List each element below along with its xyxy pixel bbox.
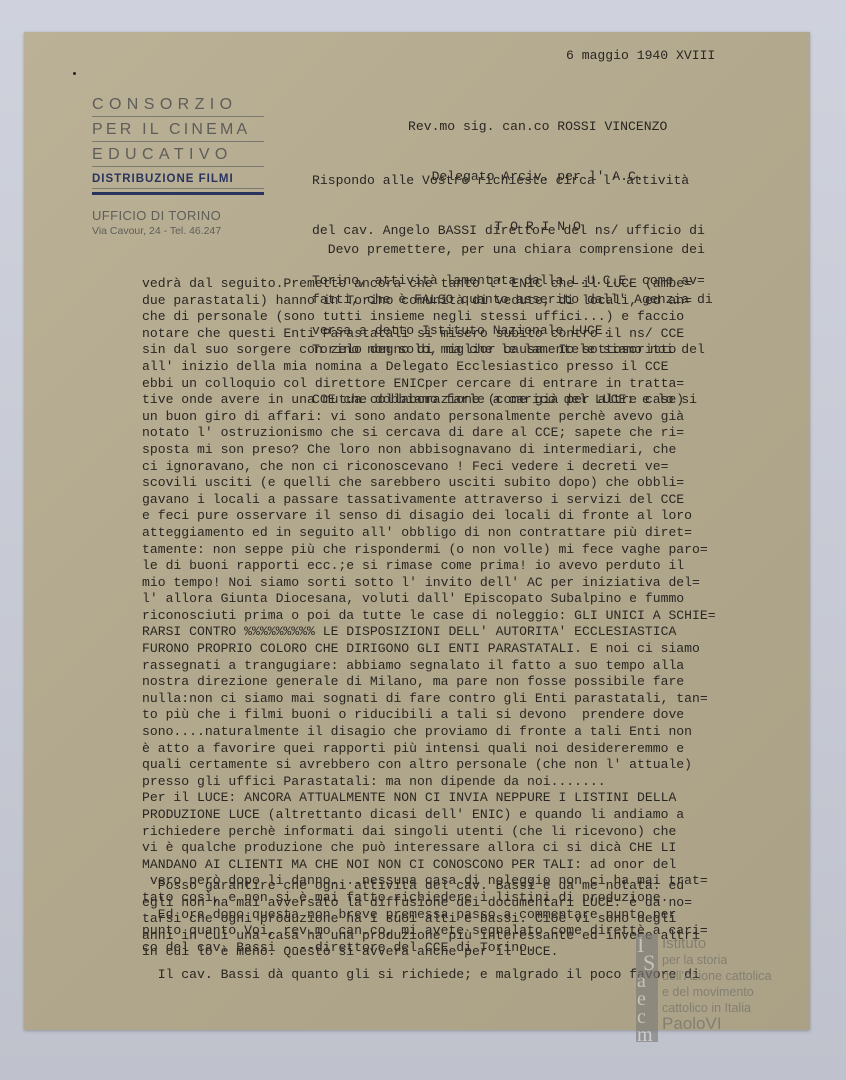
text-line: vi è qualche produzione che può interess… — [142, 840, 716, 857]
addressee-line: Rev.mo sig. can.co ROSSI VINCENZO — [408, 119, 667, 136]
text-line: richiedere perchè informati dai singoli … — [142, 824, 716, 841]
text-line: to più che i filmi buoni o riducibili a … — [142, 707, 716, 724]
text-line: nostra direzione generale di Milano, ma … — [142, 674, 716, 691]
text-line: notare che questi Enti Parastatali si mi… — [142, 326, 716, 343]
document-page: CONSORZIO PER IL CINEMA EDUCATIVO DISTRI… — [24, 32, 810, 1030]
text-line: anni in cui una casa ha una produzione p… — [142, 928, 700, 945]
text-line: PRODUZIONE LUCE (altrettanto dicasi dell… — [142, 807, 716, 824]
paragraph-5: Il cav. Bassi dà quanto gli si richiede;… — [142, 967, 700, 984]
letterhead-line-2: PER IL CINEMA — [92, 121, 264, 142]
letterhead-line-1: CONSORZIO — [92, 96, 264, 117]
text-line: atteggiamento ed in seguito all' obbligo… — [142, 525, 716, 542]
text-line: che di personale (sono tutti insieme neg… — [142, 309, 716, 326]
letterhead-office: UFFICIO DI TORINO — [92, 208, 264, 223]
text-line: Per il LUCE: ANCORA ATTUALMENTE NON CI I… — [142, 790, 716, 807]
text-line: Rispondo alle Vostre richieste circa l' … — [312, 173, 705, 190]
text-line: ebbi un colloquio col direttore ENICper … — [142, 376, 716, 393]
archive-watermark: I S a e c m Istituto per la storia dell'… — [636, 934, 786, 1044]
letterhead-line-3: EDUCATIVO — [92, 146, 264, 167]
paragraph-3: vedrà dal seguito.Premetto ancora che ta… — [142, 276, 716, 956]
text-line: e feci pure osservare il senso di disagi… — [142, 508, 716, 525]
text-line: notato l' ostruzionismo che si cercava d… — [142, 425, 716, 442]
text-line: RARSI CONTRO %%%%%%%%% LE DISPOSIZIONI D… — [142, 624, 716, 641]
text-line: FURONO PROPRIO COLORO CHE DIRIGONO GLI E… — [142, 641, 716, 658]
text-line: tive onde avere in una mutua collaborazi… — [142, 392, 716, 409]
paragraph-4: Posso garantire che ogni attività del ca… — [142, 878, 700, 961]
text-line: sono....naturalmente il disagio che prov… — [142, 724, 716, 741]
text-line: gavano i locali a passare tassativamente… — [142, 492, 716, 509]
text-line: Devo premettere, per una chiara comprens… — [312, 242, 713, 259]
letterhead: CONSORZIO PER IL CINEMA EDUCATIVO DISTRI… — [92, 96, 264, 237]
text-line: è atto a favorire quei rapporti più inte… — [142, 741, 716, 758]
text-line: presso gli uffici Parastatali: ma non di… — [142, 774, 716, 791]
text-line: all' inizio della mia nomina a Delegato … — [142, 359, 716, 376]
text-line: le di buoni rapporti ecc.;e si rimase co… — [142, 558, 716, 575]
watermark-text: Istituto per la storia dell'Azione catto… — [662, 936, 771, 1032]
text-line: sposta mi son preso? Che loro non abbiso… — [142, 442, 716, 459]
text-line: nulla:non ci siamo mai sognati di fare c… — [142, 691, 716, 708]
text-line: vedrà dal seguito.Premetto ancora che ta… — [142, 276, 716, 293]
letterhead-rule — [92, 192, 264, 195]
letterhead-division: DISTRIBUZIONE FILMI — [92, 173, 264, 189]
text-line: Il cav. Bassi dà quanto gli si richiede;… — [142, 967, 700, 984]
text-line: rassegnati a trangugiare: abbiamo segnal… — [142, 658, 716, 675]
letter-date: 6 maggio 1940 XVIII — [566, 48, 715, 65]
text-line: due parastatali) hanno in Torino comunit… — [142, 293, 716, 310]
text-line: quali certamente si avrebbero con altro … — [142, 757, 716, 774]
text-line: tamente: non seppe più che rispondermi (… — [142, 542, 716, 559]
paper-speck — [73, 72, 76, 75]
text-line: un buon giro di affari: vi sono andato p… — [142, 409, 716, 426]
text-line: scovili usciti (e quelli che sarebbero u… — [142, 475, 716, 492]
text-line: riconosciuti prima o poi da tutte le cas… — [142, 608, 716, 625]
text-line: tarsi che ogni produzione ha i suoi alti… — [142, 911, 700, 928]
text-line: mio tempo! Noi siamo sorti sotto l' invi… — [142, 575, 716, 592]
text-line: Posso garantire che ogni attività del ca… — [142, 878, 700, 895]
text-line: sin dal suo sorgere con zelo degno di mi… — [142, 342, 716, 359]
text-line: ci ignoravano, che non ci riconoscevano … — [142, 459, 716, 476]
letterhead-address: Via Cavour, 24 - Tel. 46.247 — [92, 225, 264, 237]
text-line: in cui lo è meno. Questo si avvera anche… — [142, 944, 700, 961]
text-line: egli non ha mai avversato la diffusione … — [142, 895, 700, 912]
text-line: l' allora Giunta Diocesana, voluti dall'… — [142, 591, 716, 608]
text-line: MANDANO AI CLIENTI MA CHE NOI NON CI CON… — [142, 857, 716, 874]
